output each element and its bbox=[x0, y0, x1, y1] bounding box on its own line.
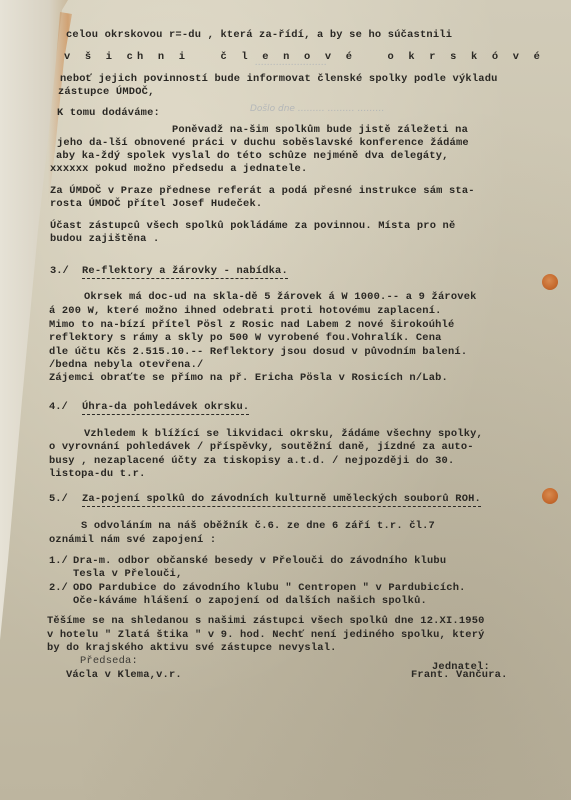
section-title: Re-flektory a žárovky - nabídka. bbox=[82, 265, 288, 279]
addendum-label: K tomu dodáváme: bbox=[57, 107, 160, 119]
intro-line: celou okrskovou r=-du , která za-řídí, a… bbox=[66, 29, 452, 41]
section-line: o vyrovnání pohledávek / příspěvky, sout… bbox=[49, 441, 474, 453]
section-line: Okrsek má doc-ud na skla-dě 5 žárovek á … bbox=[84, 291, 477, 303]
punch-hole-icon bbox=[542, 488, 558, 504]
section-line: Mimo to na-bízí přítel Pösl z Rosic nad … bbox=[49, 319, 454, 331]
list-number: 2./ bbox=[49, 582, 68, 594]
paragraph-line: Za ÚMDOČ v Praze přednese referát a podá… bbox=[50, 185, 475, 197]
intro-line: v š i ch n i č l e n o v é o k r s k ó v… bbox=[64, 51, 571, 63]
signature-name-chairman: Václa v Klema,v.r. bbox=[66, 669, 182, 681]
punch-hole-icon bbox=[542, 274, 558, 290]
section-number: 4./ bbox=[49, 401, 68, 413]
list-number: 1./ bbox=[49, 555, 68, 567]
intro-line: zástupce ÚMDOČ, bbox=[58, 86, 155, 98]
paragraph-line: Účast zástupců všech spolků pokládáme za… bbox=[50, 220, 455, 232]
list-item-line: Dra-m. odbor občanské besedy v Přelouči … bbox=[73, 555, 446, 567]
section-title: Za-pojení spolků do závodních kulturně u… bbox=[82, 493, 481, 507]
list-item-line: ODO Pardubice do závodního klubu " Centr… bbox=[73, 582, 466, 594]
closing-line: v hotelu " Zlatá štika " v 9. hod. Nechť… bbox=[47, 629, 485, 641]
page-curl bbox=[0, 0, 70, 800]
paragraph-line: aby ka-ždý spolek vyslal do této schůze … bbox=[56, 150, 449, 162]
closing-line: by do krajského aktivu své zástupce nevy… bbox=[47, 642, 337, 654]
paragraph-line: Poněvadž na-šim spolkům bude jistě zálež… bbox=[172, 124, 468, 136]
section-line: Vzhledem k blížící se likvidaci okrsku, … bbox=[84, 428, 483, 440]
faint-stamp: Došlo dne ……… ……… ……… bbox=[250, 104, 385, 114]
section-line: oznámil nám své zapojení : bbox=[49, 534, 216, 546]
section-number: 5./ bbox=[49, 493, 68, 505]
section-line: á 200 W, které možno ihned odebrati prot… bbox=[49, 305, 442, 317]
section-line: S odvoláním na náš oběžník č.6. ze dne 6… bbox=[81, 520, 435, 532]
section-line: reflektory s rámy a skly po 500 W vyrobe… bbox=[49, 332, 442, 344]
section-number: 3./ bbox=[50, 265, 69, 277]
paragraph-line: jeho da-lší obnovené práci v duchu soběs… bbox=[57, 137, 469, 149]
section-line: listopa-du t.r. bbox=[49, 468, 146, 480]
section-line: Zájemci obraťte se přímo na př. Ericha P… bbox=[49, 372, 448, 384]
section-line: dle účtu Kčs 2.515.10.-- Reflektory jsou… bbox=[49, 346, 467, 358]
document-page: …………………… Došlo dne ……… ……… ……… celou okr… bbox=[0, 0, 571, 800]
paragraph-line: budou zajištěna . bbox=[50, 233, 159, 245]
intro-line: neboť jejich povinností bude informovat … bbox=[60, 73, 498, 85]
list-item-line: Tesla v Přelouči, bbox=[73, 568, 182, 580]
signature-name-secretary: Frant. Vančura. bbox=[411, 669, 508, 681]
section-line: /bedna nebyla otevřena./ bbox=[49, 359, 203, 371]
list-item-line: Oče-káváme hlášení o zapojení od dalších… bbox=[73, 595, 427, 607]
paragraph-line: rosta ÚMDOČ přítel Josef Hudeček. bbox=[50, 198, 262, 210]
paragraph-line: xxxxxx pokud možno předsedu a jednatele. bbox=[50, 163, 307, 175]
closing-line: Těšíme se na shledanou s našimi zástupci… bbox=[47, 615, 485, 627]
signature-role-chairman: Předseda: bbox=[80, 655, 138, 667]
section-title: Úhra-da pohledávek okrsku. bbox=[82, 401, 249, 415]
section-line: busy , nezaplacené účty za tiskopisy a.t… bbox=[49, 455, 454, 467]
